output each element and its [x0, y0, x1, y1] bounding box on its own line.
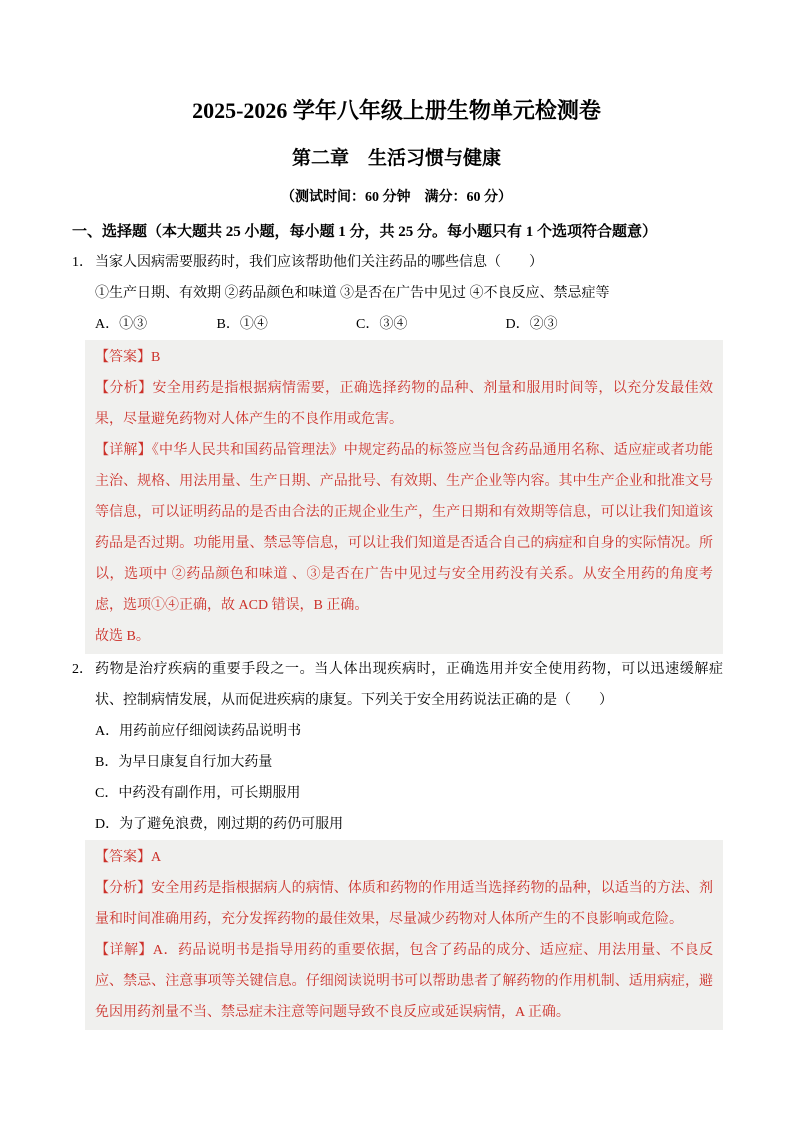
- question-2-option-d: D．为了避免浪费，刚过期的药仍可服用: [95, 809, 723, 840]
- exam-document-page: 2025-2026 学年八年级上册生物单元检测卷 第二章 生活习惯与健康 （测试…: [0, 0, 793, 1122]
- question-1-option-a: A．①③: [95, 309, 213, 340]
- question-2-answer-block: 【答案】A 【分析】安全用药是指根据病人的病情、体质和药物的作用适当选择药物的品…: [85, 840, 723, 1030]
- question-2-number: 2．: [72, 654, 93, 685]
- section-heading: 一、选择题（本大题共 25 小题，每小题 1 分，共 25 分。每小题只有 1 …: [72, 221, 723, 243]
- question-2-option-a: A．用药前应仔细阅读药品说明书: [95, 716, 723, 747]
- question-2-stem: 药物是治疗疾病的重要手段之一。当人体出现疾病时，正确选用并安全使用药物，可以迅速…: [95, 654, 723, 716]
- question-2-explanation-paragraph: 【详解】A．药品说明书是指导用药的重要依据，包含了药品的成分、适应症、用法用量、…: [95, 935, 713, 1028]
- question-1-body: 当家人因病需要服药时，我们应该帮助他们关注药品的哪些信息（ ） ①生产日期、有效…: [95, 247, 723, 340]
- question-1-subitems: ①生产日期、有效期 ②药品颜色和味道 ③是否在广告中见过 ④不良反应、禁忌症等: [95, 278, 723, 309]
- question-2-option-b: B．为早日康复自行加大药量: [95, 747, 723, 778]
- question-1-answer-block: 【答案】B 【分析】安全用药是指根据病情需要，正确选择药物的品种、剂量和服用时间…: [85, 340, 723, 654]
- question-2-options: A．用药前应仔细阅读药品说明书 B．为早日康复自行加大药量 C．中药没有副作用，…: [95, 716, 723, 840]
- question-1-option-d: D．②③: [506, 309, 558, 340]
- question-1-number: 1．: [72, 247, 93, 278]
- chapter-title: 第二章 生活习惯与健康: [70, 145, 723, 172]
- question-1-analysis-paragraph: 【分析】安全用药是指根据病情需要，正确选择药物的品种、剂量和服用时间等，以充分发…: [95, 373, 713, 435]
- question-1-stem: 当家人因病需要服药时，我们应该帮助他们关注药品的哪些信息（ ）: [95, 247, 723, 278]
- question-1-explanation-paragraph: 【详解】《中华人民共和国药品管理法》中规定药品的标签应当包含药品通用名称、适应症…: [95, 435, 713, 621]
- question-2-option-c: C．中药没有副作用，可长期服用: [95, 778, 723, 809]
- question-2-answer-line: 【答案】A: [95, 842, 713, 873]
- page-title: 2025-2026 学年八年级上册生物单元检测卷: [70, 96, 723, 126]
- question-1-options: A．①③ B．①④ C．③④ D．②③: [95, 309, 723, 340]
- question-2-analysis-paragraph: 【分析】安全用药是指根据病人的病情、体质和药物的作用适当选择药物的品种，以适当的…: [95, 873, 713, 935]
- question-2: 2． 药物是治疗疾病的重要手段之一。当人体出现疾病时，正确选用并安全使用药物，可…: [70, 654, 723, 840]
- question-2-body: 药物是治疗疾病的重要手段之一。当人体出现疾病时，正确选用并安全使用药物，可以迅速…: [95, 654, 723, 840]
- question-1-answer-line: 【答案】B: [95, 342, 713, 373]
- exam-info-line: （测试时间：60 分钟 满分：60 分）: [70, 187, 723, 208]
- question-1-option-b: B．①④: [217, 309, 353, 340]
- question-1-option-c: C．③④: [356, 309, 502, 340]
- question-1-conclusion-line: 故选 B。: [95, 621, 713, 652]
- question-1: 1． 当家人因病需要服药时，我们应该帮助他们关注药品的哪些信息（ ） ①生产日期…: [70, 247, 723, 340]
